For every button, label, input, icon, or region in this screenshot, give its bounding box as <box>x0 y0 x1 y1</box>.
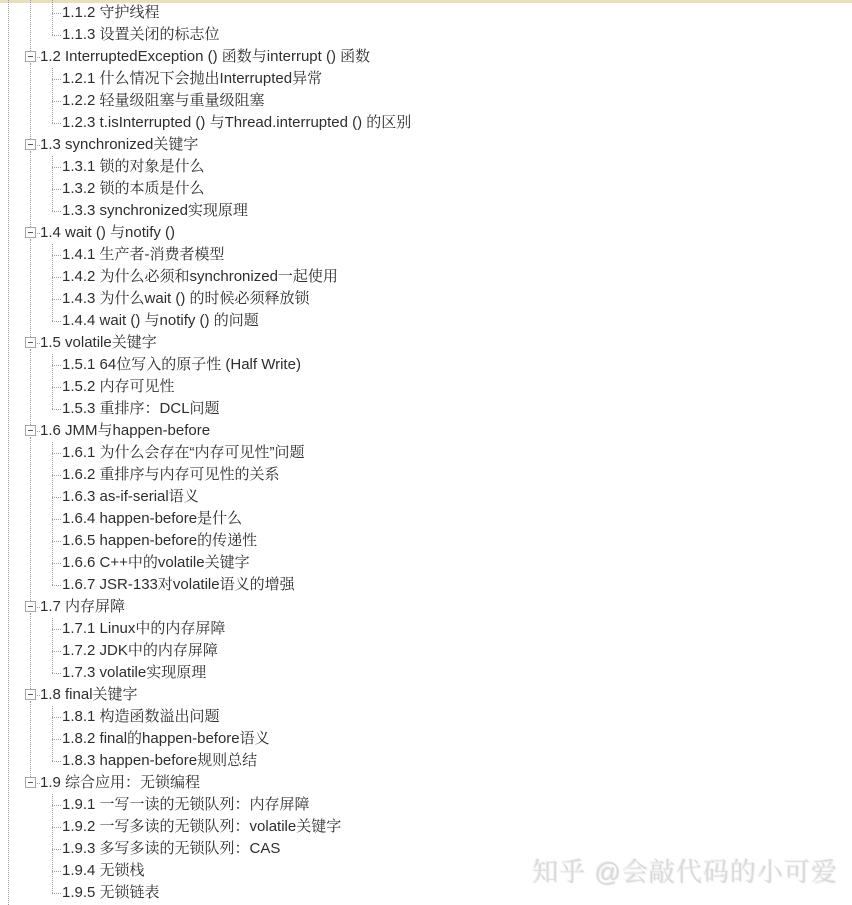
tree-node[interactable]: 1.5.1 64位写入的原子性 (Half Write) <box>0 354 852 376</box>
tree-node-label[interactable]: 1.9.5 无锁链表 <box>62 882 160 904</box>
tree-node-label[interactable]: 1.9.4 无锁栈 <box>62 860 145 882</box>
tree-node-label[interactable]: 1.5.1 64位写入的原子性 (Half Write) <box>62 354 301 376</box>
tree-node-label[interactable]: 1.8.1 构造函数溢出问题 <box>62 706 220 728</box>
tree-node-label[interactable]: 1.8 final关键字 <box>40 684 138 706</box>
tree-node[interactable]: 1.5 volatile关键字 <box>0 332 852 354</box>
tree-node-label[interactable]: 1.6 JMM与happen-before <box>40 420 210 442</box>
tree-node-label[interactable]: 1.5.2 内存可见性 <box>62 376 175 398</box>
tree-node-label[interactable]: 1.4.2 为什么必须和synchronized一起使用 <box>62 266 338 288</box>
collapse-expander-icon[interactable] <box>25 425 36 436</box>
collapse-expander-icon[interactable] <box>25 227 36 238</box>
tree-connector-line <box>30 151 31 227</box>
tree-node-label[interactable]: 1.1.3 设置关闭的标志位 <box>62 24 220 46</box>
tree-node-label[interactable]: 1.7.1 Linux中的内存屏障 <box>62 618 225 640</box>
tree-node-label[interactable]: 1.9.2 一写多读的无锁队列：volatile关键字 <box>62 816 341 838</box>
tree-connector-line <box>52 442 53 585</box>
tree-node-label[interactable]: 1.9 综合应用：无锁编程 <box>40 772 200 794</box>
tree-node-label[interactable]: 1.6.7 JSR-133对volatile语义的增强 <box>62 574 295 596</box>
tree-node-label[interactable]: 1.7.2 JDK中的内存屏障 <box>62 640 218 662</box>
tree-node[interactable]: 1.5.3 重排序：DCL问题 <box>0 398 852 420</box>
tree-node-label[interactable]: 1.4.4 wait () 与notify () 的问题 <box>62 310 259 332</box>
tree-node[interactable]: 1.3.1 锁的对象是什么 <box>0 156 852 178</box>
tree-node-label[interactable]: 1.6.2 重排序与内存可见性的关系 <box>62 464 280 486</box>
tree-connector-line <box>30 239 31 337</box>
collapse-expander-icon[interactable] <box>25 689 36 700</box>
tree-node[interactable]: 1.7.1 Linux中的内存屏障 <box>0 618 852 640</box>
collapse-expander-icon[interactable] <box>25 601 36 612</box>
watermark: 知乎 @会敲代码的小可爱 <box>532 852 838 889</box>
tree-node[interactable]: 1.9.2 一写多读的无锁队列：volatile关键字 <box>0 816 852 838</box>
tree-node-label[interactable]: 1.3 synchronized关键字 <box>40 134 198 156</box>
tree-node-label[interactable]: 1.6.3 as-if-serial语义 <box>62 486 199 508</box>
tree-connector-line <box>52 706 53 761</box>
tree-node-label[interactable]: 1.6.4 happen-before是什么 <box>62 508 242 530</box>
tree-node[interactable]: 1.6.7 JSR-133对volatile语义的增强 <box>0 574 852 596</box>
tree-node[interactable]: 1.7.3 volatile实现原理 <box>0 662 852 684</box>
tree-node[interactable]: 1.7.2 JDK中的内存屏障 <box>0 640 852 662</box>
tree-node-label[interactable]: 1.3.3 synchronized实现原理 <box>62 200 248 222</box>
tree-node-label[interactable]: 1.9.3 多写多读的无锁队列：CAS <box>62 838 280 860</box>
tree-node[interactable]: 1.2.1 什么情况下会抛出Interrupted异常 <box>0 68 852 90</box>
tree-node-label[interactable]: 1.5 volatile关键字 <box>40 332 157 354</box>
tree-node-label[interactable]: 1.2.2 轻量级阻塞与重量级阻塞 <box>62 90 265 112</box>
tree-node-label[interactable]: 1.6.5 happen-before的传递性 <box>62 530 257 552</box>
tree-node[interactable]: 1.6.2 重排序与内存可见性的关系 <box>0 464 852 486</box>
tree-node[interactable]: 1.8.2 final的happen-before语义 <box>0 728 852 750</box>
tree-node-label[interactable]: 1.7 内存屏障 <box>40 596 125 618</box>
tree-node[interactable]: 1.7 内存屏障 <box>0 596 852 618</box>
tree-node-label[interactable]: 1.7.3 volatile实现原理 <box>62 662 206 684</box>
tree-node[interactable]: 1.1.3 设置关闭的标志位 <box>0 24 852 46</box>
tree-connector-line <box>52 618 53 673</box>
tree-node[interactable]: 1.2 InterruptedException () 函数与interrupt… <box>0 46 852 68</box>
tree-node-label[interactable]: 1.4 wait () 与notify () <box>40 222 175 244</box>
tree-node[interactable]: 1.4.2 为什么必须和synchronized一起使用 <box>0 266 852 288</box>
tree-node-label[interactable]: 1.2 InterruptedException () 函数与interrupt… <box>40 46 370 68</box>
tree-connector-line <box>52 244 53 321</box>
tree-node[interactable]: 1.8.1 构造函数溢出问题 <box>0 706 852 728</box>
tree-connector-line <box>52 354 53 409</box>
collapse-expander-icon[interactable] <box>25 777 36 788</box>
tree-node-label[interactable]: 1.1.2 守护线程 <box>62 2 160 24</box>
tree-connector-line <box>52 156 53 211</box>
toc-tree-panel: 1.1.2 守护线程1.1.3 设置关闭的标志位1.2 InterruptedE… <box>0 0 852 905</box>
tree-connector-line <box>30 613 31 689</box>
tree-connector-line <box>30 63 31 139</box>
tree-node[interactable]: 1.6.6 C++中的volatile关键字 <box>0 552 852 574</box>
tree-node[interactable]: 1.4.3 为什么wait () 的时候必须释放锁 <box>0 288 852 310</box>
tree-connector-line <box>52 0 53 35</box>
tree-node-label[interactable]: 1.8.3 happen-before规则总结 <box>62 750 257 772</box>
tree-node[interactable]: 1.2.3 t.isInterrupted () 与Thread.interru… <box>0 112 852 134</box>
tree-node[interactable]: 1.1.2 守护线程 <box>0 2 852 24</box>
tree-node[interactable]: 1.3 synchronized关键字 <box>0 134 852 156</box>
tree-node-label[interactable]: 1.5.3 重排序：DCL问题 <box>62 398 220 420</box>
tree-node-label[interactable]: 1.6.1 为什么会存在“内存可见性”问题 <box>62 442 305 464</box>
tree-node-label[interactable]: 1.2.3 t.isInterrupted () 与Thread.interru… <box>62 112 411 134</box>
tree-connector-line <box>30 0 31 51</box>
tree-rows: 1.1.2 守护线程1.1.3 设置关闭的标志位1.2 InterruptedE… <box>0 2 852 904</box>
tree-node[interactable]: 1.4.4 wait () 与notify () 的问题 <box>0 310 852 332</box>
tree-node[interactable]: 1.9 综合应用：无锁编程 <box>0 772 852 794</box>
tree-node[interactable]: 1.8.3 happen-before规则总结 <box>0 750 852 772</box>
tree-node-label[interactable]: 1.3.2 锁的本质是什么 <box>62 178 205 200</box>
tree-node[interactable]: 1.6.3 as-if-serial语义 <box>0 486 852 508</box>
tree-node-label[interactable]: 1.2.1 什么情况下会抛出Interrupted异常 <box>62 68 322 90</box>
tree-node-label[interactable]: 1.6.6 C++中的volatile关键字 <box>62 552 250 574</box>
tree-connector-line <box>30 701 31 777</box>
tree-node-label[interactable]: 1.3.1 锁的对象是什么 <box>62 156 205 178</box>
tree-node[interactable]: 1.6.4 happen-before是什么 <box>0 508 852 530</box>
tree-node[interactable]: 1.6.5 happen-before的传递性 <box>0 530 852 552</box>
tree-node[interactable]: 1.2.2 轻量级阻塞与重量级阻塞 <box>0 90 852 112</box>
tree-node[interactable]: 1.4.1 生产者-消费者模型 <box>0 244 852 266</box>
tree-node[interactable]: 1.5.2 内存可见性 <box>0 376 852 398</box>
collapse-expander-icon[interactable] <box>25 337 36 348</box>
tree-node[interactable]: 1.8 final关键字 <box>0 684 852 706</box>
tree-node[interactable]: 1.6.1 为什么会存在“内存可见性”问题 <box>0 442 852 464</box>
tree-node-label[interactable]: 1.9.1 一写一读的无锁队列：内存屏障 <box>62 794 310 816</box>
tree-node[interactable]: 1.6 JMM与happen-before <box>0 420 852 442</box>
tree-connector-line <box>52 794 53 893</box>
tree-node[interactable]: 1.3.3 synchronized实现原理 <box>0 200 852 222</box>
tree-node-label[interactable]: 1.4.3 为什么wait () 的时候必须释放锁 <box>62 288 310 310</box>
collapse-expander-icon[interactable] <box>25 139 36 150</box>
tree-node[interactable]: 1.9.1 一写一读的无锁队列：内存屏障 <box>0 794 852 816</box>
tree-connector-line <box>30 349 31 425</box>
tree-connector-line <box>52 68 53 123</box>
tree-node-label[interactable]: 1.4.1 生产者-消费者模型 <box>62 244 225 266</box>
tree-node[interactable]: 1.3.2 锁的本质是什么 <box>0 178 852 200</box>
tree-node[interactable]: 1.4 wait () 与notify () <box>0 222 852 244</box>
collapse-expander-icon[interactable] <box>25 51 36 62</box>
tree-node-label[interactable]: 1.8.2 final的happen-before语义 <box>62 728 270 750</box>
tree-connector-line <box>30 437 31 601</box>
